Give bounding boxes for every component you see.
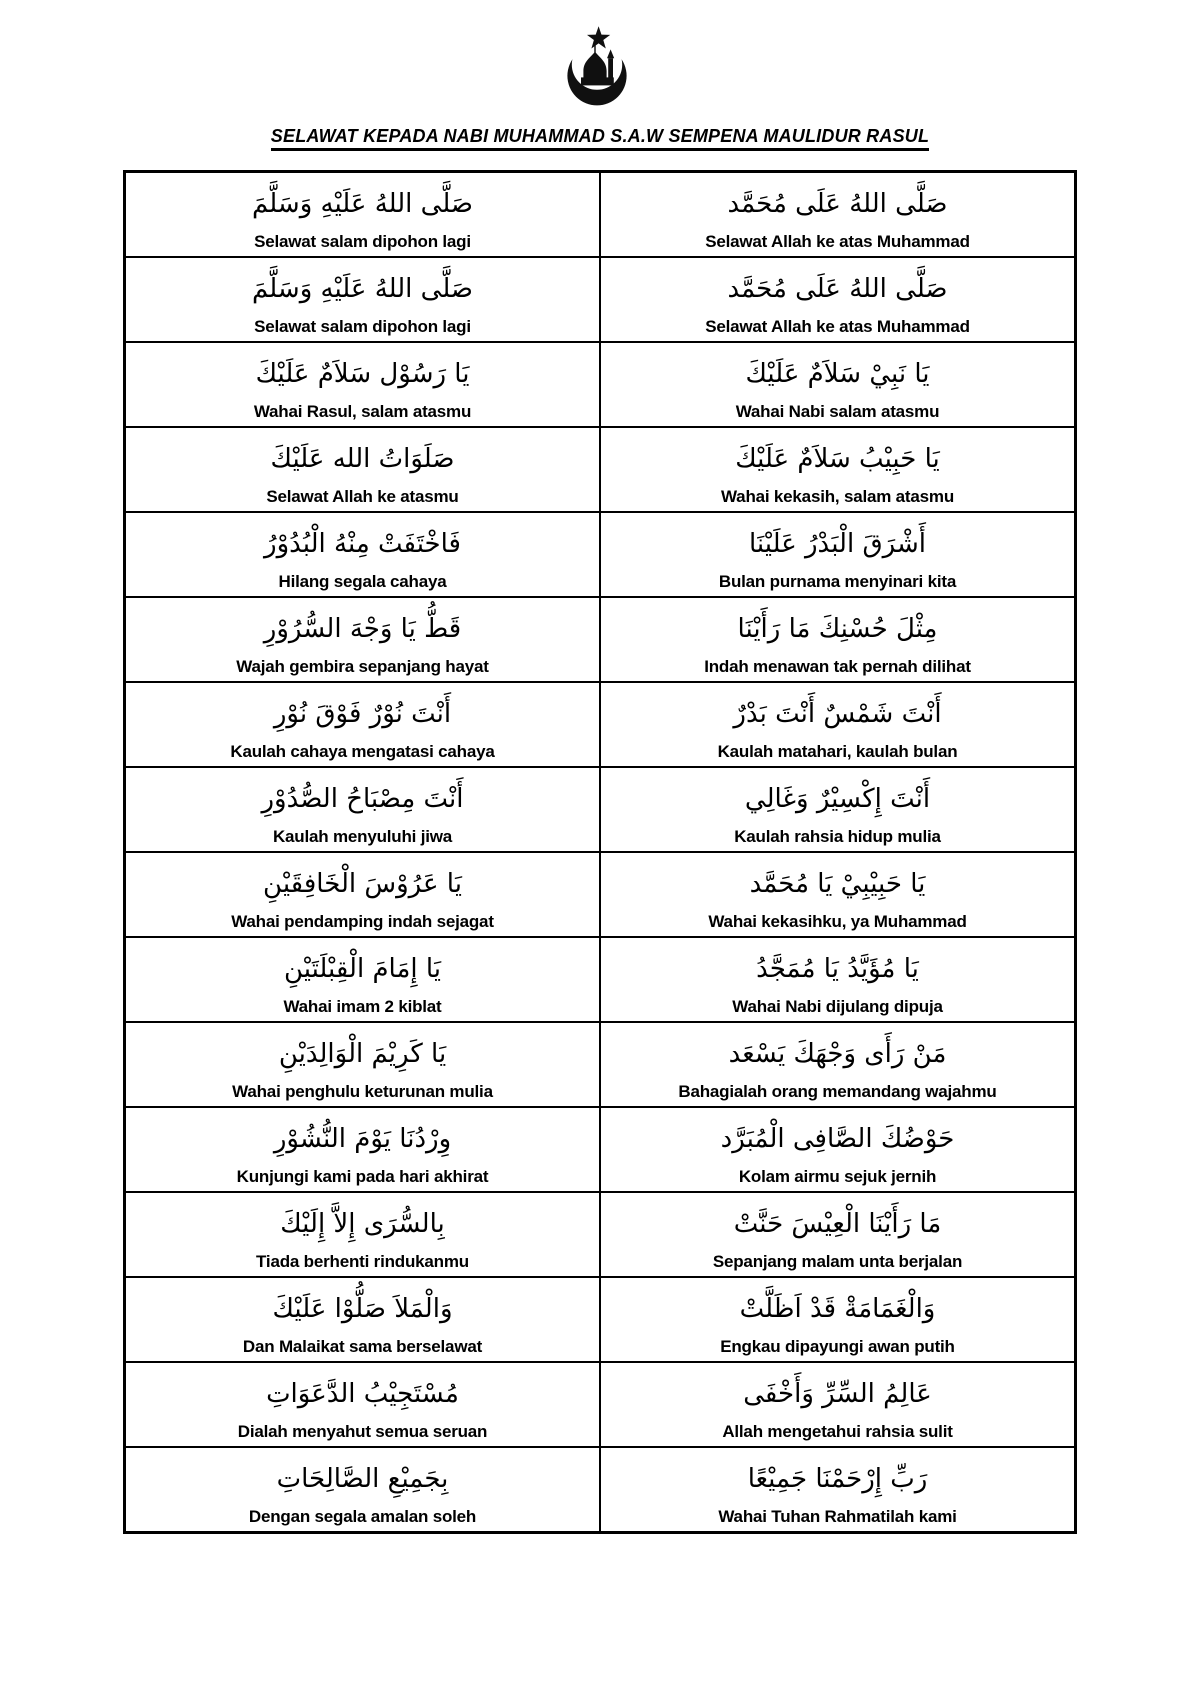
arabic-verse: يَا مُؤَيَّدُ يَا مُمَجَّدُ: [601, 938, 1074, 997]
table-cell: حَوْضُكَ الصَّافِى الْمُبَرَّد Kolam air…: [600, 1107, 1076, 1192]
crescent-star-mosque-logo: [557, 24, 637, 110]
arabic-verse: حَوْضُكَ الصَّافِى الْمُبَرَّد: [601, 1108, 1074, 1167]
table-cell: أَنْتَ مِصْبَاحُ الصُّدُوْرِ Kaulah meny…: [125, 767, 601, 852]
arabic-verse: صَلَّى اللهُ عَلَيْهِ وَسَلَّمَ: [126, 258, 599, 317]
table-cell: يَا نَبِيْ سَلاَمٌ عَلَيْكَ Wahai Nabi s…: [600, 342, 1076, 427]
table-cell: أَنْتَ نُوْرٌ فَوْقَ نُوْرِ Kaulah cahay…: [125, 682, 601, 767]
arabic-verse: أَنْتَ إِكْسِيْرٌ وَغَالِي: [601, 768, 1074, 827]
table-cell: أَنْتَ إِكْسِيْرٌ وَغَالِي Kaulah rahsia…: [600, 767, 1076, 852]
table-cell: أَشْرَقَ الْبَدْرُ عَلَيْنَا Bulan purna…: [600, 512, 1076, 597]
arabic-verse: صَلَوَاتُ الله عَلَيْكَ: [126, 428, 599, 487]
malay-translation: Wahai kekasihku, ya Muhammad: [601, 912, 1074, 936]
malay-translation: Kaulah matahari, kaulah bulan: [601, 742, 1074, 766]
arabic-verse: بِالسُّرَى إِلاَّ إِلَيْكَ: [126, 1193, 599, 1252]
arabic-verse: مُسْتَجِيْبُ الدَّعَوَاتِ: [126, 1363, 599, 1422]
table-cell: صَلَّى اللهُ عَلَى مُحَمَّد Selawat Alla…: [600, 257, 1076, 342]
table-cell: صَلَوَاتُ الله عَلَيْكَ Selawat Allah ke…: [125, 427, 601, 512]
selawat-table: صَلَّى اللهُ عَلَيْهِ وَسَلَّمَ Selawat …: [123, 170, 1077, 1534]
table-row: فَاخْتَفَتْ مِنْهُ الْبُدُوْرُ Hilang se…: [125, 512, 1076, 597]
table-row: صَلَّى اللهُ عَلَيْهِ وَسَلَّمَ Selawat …: [125, 257, 1076, 342]
malay-translation: Selawat salam dipohon lagi: [126, 232, 599, 256]
arabic-verse: عَالِمُ السِّرِّ وَأَخْفَى: [601, 1363, 1074, 1422]
table-cell: وِرْدُنَا يَوْمَ النُّشُوْرِ Kunjungi ka…: [125, 1107, 601, 1192]
malay-translation: Selawat salam dipohon lagi: [126, 317, 599, 341]
malay-translation: Kolam airmu sejuk jernih: [601, 1167, 1074, 1191]
table-row: بِجَمِيْعِ الصَّالِحَاتِ Dengan segala a…: [125, 1447, 1076, 1533]
malay-translation: Bahagialah orang memandang wajahmu: [601, 1082, 1074, 1106]
arabic-verse: مِثْلَ حُسْنِكَ مَا رَأَيْنَا: [601, 598, 1074, 657]
table-cell: يَا رَسُوْل سَلاَمٌ عَلَيْكَ Wahai Rasul…: [125, 342, 601, 427]
arabic-verse: فَاخْتَفَتْ مِنْهُ الْبُدُوْرُ: [126, 513, 599, 572]
arabic-verse: أَنْتَ مِصْبَاحُ الصُّدُوْرِ: [126, 768, 599, 827]
table-cell: مِثْلَ حُسْنِكَ مَا رَأَيْنَا Indah mena…: [600, 597, 1076, 682]
malay-translation: Wahai penghulu keturunan mulia: [126, 1082, 599, 1106]
malay-translation: Kaulah rahsia hidup mulia: [601, 827, 1074, 851]
table-row: صَلَّى اللهُ عَلَيْهِ وَسَلَّمَ Selawat …: [125, 172, 1076, 258]
table-cell: مُسْتَجِيْبُ الدَّعَوَاتِ Dialah menyahu…: [125, 1362, 601, 1447]
malay-translation: Wahai kekasih, salam atasmu: [601, 487, 1074, 511]
malay-translation: Kaulah cahaya mengatasi cahaya: [126, 742, 599, 766]
crescent-star-mosque-icon: [557, 24, 637, 110]
title-row: SELAWAT KEPADA NABI MUHAMMAD S.A.W SEMPE…: [0, 126, 1200, 151]
arabic-verse: صَلَّى اللهُ عَلَى مُحَمَّد: [601, 258, 1074, 317]
arabic-verse: أَشْرَقَ الْبَدْرُ عَلَيْنَا: [601, 513, 1074, 572]
arabic-verse: رَبِّ إِرْحَمْنَا جَمِيْعًا: [601, 1448, 1074, 1507]
table-row: وِرْدُنَا يَوْمَ النُّشُوْرِ Kunjungi ka…: [125, 1107, 1076, 1192]
table-row: يَا رَسُوْل سَلاَمٌ عَلَيْكَ Wahai Rasul…: [125, 342, 1076, 427]
table-cell: وَالْغَمَامَةْ قَدْ اَظَلَّتْ Engkau dip…: [600, 1277, 1076, 1362]
table-cell: عَالِمُ السِّرِّ وَأَخْفَى Allah mengeta…: [600, 1362, 1076, 1447]
malay-translation: Kunjungi kami pada hari akhirat: [126, 1167, 599, 1191]
arabic-verse: يَا إِمَامَ الْقِبْلَتَيْنِ: [126, 938, 599, 997]
table-cell: أَنْتَ شَمْسٌ أَنْتَ بَدْرٌ Kaulah matah…: [600, 682, 1076, 767]
arabic-verse: صَلَّى اللهُ عَلَى مُحَمَّد: [601, 173, 1074, 232]
arabic-verse: مَنْ رَأَى وَجْهَكَ يَسْعَد: [601, 1023, 1074, 1082]
malay-translation: Tiada berhenti rindukanmu: [126, 1252, 599, 1276]
arabic-verse: يَا حَبِيْبُ سَلاَمٌ عَلَيْكَ: [601, 428, 1074, 487]
table-row: مُسْتَجِيْبُ الدَّعَوَاتِ Dialah menyahu…: [125, 1362, 1076, 1447]
malay-translation: Dan Malaikat sama berselawat: [126, 1337, 599, 1361]
arabic-verse: صَلَّى اللهُ عَلَيْهِ وَسَلَّمَ: [126, 173, 599, 232]
arabic-verse: يَا عَرُوْسَ الْخَافِقَيْنِ: [126, 853, 599, 912]
arabic-verse: يَا حَبِيْبِيْ يَا مُحَمَّد: [601, 853, 1074, 912]
malay-translation: Wahai Nabi salam atasmu: [601, 402, 1074, 426]
malay-translation: Wajah gembira sepanjang hayat: [126, 657, 599, 681]
table-row: قَطُّ يَا وَجْهَ السُّرُوْرِ Wajah gembi…: [125, 597, 1076, 682]
table-cell: يَا مُؤَيَّدُ يَا مُمَجَّدُ Wahai Nabi d…: [600, 937, 1076, 1022]
table-cell: يَا عَرُوْسَ الْخَافِقَيْنِ Wahai pendam…: [125, 852, 601, 937]
malay-translation: Selawat Allah ke atasmu: [126, 487, 599, 511]
table-cell: بِالسُّرَى إِلاَّ إِلَيْكَ Tiada berhent…: [125, 1192, 601, 1277]
table-row: أَنْتَ نُوْرٌ فَوْقَ نُوْرِ Kaulah cahay…: [125, 682, 1076, 767]
malay-translation: Wahai imam 2 kiblat: [126, 997, 599, 1021]
table-cell: وَالْمَلاَ صَلُّوْا عَلَيْكَ Dan Malaika…: [125, 1277, 601, 1362]
table-cell: صَلَّى اللهُ عَلَى مُحَمَّد Selawat Alla…: [600, 172, 1076, 258]
malay-translation: Selawat Allah ke atas Muhammad: [601, 317, 1074, 341]
table-row: أَنْتَ مِصْبَاحُ الصُّدُوْرِ Kaulah meny…: [125, 767, 1076, 852]
malay-translation: Dengan segala amalan soleh: [126, 1507, 599, 1531]
table-row: صَلَوَاتُ الله عَلَيْكَ Selawat Allah ke…: [125, 427, 1076, 512]
malay-translation: Indah menawan tak pernah dilihat: [601, 657, 1074, 681]
table-cell: قَطُّ يَا وَجْهَ السُّرُوْرِ Wajah gembi…: [125, 597, 601, 682]
table-cell: مَا رَأَيْنَا الْعِيْسَ حَنَّتْ Sepanjan…: [600, 1192, 1076, 1277]
malay-translation: Selawat Allah ke atas Muhammad: [601, 232, 1074, 256]
arabic-verse: يَا نَبِيْ سَلاَمٌ عَلَيْكَ: [601, 343, 1074, 402]
table-row: بِالسُّرَى إِلاَّ إِلَيْكَ Tiada berhent…: [125, 1192, 1076, 1277]
malay-translation: Wahai Nabi dijulang dipuja: [601, 997, 1074, 1021]
table-cell: يَا إِمَامَ الْقِبْلَتَيْنِ Wahai imam 2…: [125, 937, 601, 1022]
arabic-verse: وَالْمَلاَ صَلُّوْا عَلَيْكَ: [126, 1278, 599, 1337]
malay-translation: Engkau dipayungi awan putih: [601, 1337, 1074, 1361]
table-row: يَا إِمَامَ الْقِبْلَتَيْنِ Wahai imam 2…: [125, 937, 1076, 1022]
malay-translation: Wahai Tuhan Rahmatilah kami: [601, 1507, 1074, 1531]
arabic-verse: مَا رَأَيْنَا الْعِيْسَ حَنَّتْ: [601, 1193, 1074, 1252]
table-cell: مَنْ رَأَى وَجْهَكَ يَسْعَد Bahagialah o…: [600, 1022, 1076, 1107]
arabic-verse: أَنْتَ نُوْرٌ فَوْقَ نُوْرِ: [126, 683, 599, 742]
malay-translation: Bulan purnama menyinari kita: [601, 572, 1074, 596]
table-cell: رَبِّ إِرْحَمْنَا جَمِيْعًا Wahai Tuhan …: [600, 1447, 1076, 1533]
arabic-verse: وَالْغَمَامَةْ قَدْ اَظَلَّتْ: [601, 1278, 1074, 1337]
malay-translation: Wahai pendamping indah sejagat: [126, 912, 599, 936]
table-cell: يَا كَرِيْمَ الْوَالِدَيْنِ Wahai penghu…: [125, 1022, 601, 1107]
table-cell: صَلَّى اللهُ عَلَيْهِ وَسَلَّمَ Selawat …: [125, 257, 601, 342]
malay-translation: Dialah menyahut semua seruan: [126, 1422, 599, 1446]
table-cell: يَا حَبِيْبُ سَلاَمٌ عَلَيْكَ Wahai keka…: [600, 427, 1076, 512]
malay-translation: Sepanjang malam unta berjalan: [601, 1252, 1074, 1276]
arabic-verse: وِرْدُنَا يَوْمَ النُّشُوْرِ: [126, 1108, 599, 1167]
malay-translation: Allah mengetahui rahsia sulit: [601, 1422, 1074, 1446]
arabic-verse: أَنْتَ شَمْسٌ أَنْتَ بَدْرٌ: [601, 683, 1074, 742]
table-row: يَا عَرُوْسَ الْخَافِقَيْنِ Wahai pendam…: [125, 852, 1076, 937]
page-title: SELAWAT KEPADA NABI MUHAMMAD S.A.W SEMPE…: [271, 126, 929, 151]
arabic-verse: يَا رَسُوْل سَلاَمٌ عَلَيْكَ: [126, 343, 599, 402]
malay-translation: Wahai Rasul, salam atasmu: [126, 402, 599, 426]
table-row: يَا كَرِيْمَ الْوَالِدَيْنِ Wahai penghu…: [125, 1022, 1076, 1107]
table-cell: يَا حَبِيْبِيْ يَا مُحَمَّد Wahai kekasi…: [600, 852, 1076, 937]
document-page: SELAWAT KEPADA NABI MUHAMMAD S.A.W SEMPE…: [0, 0, 1200, 1698]
table-cell: بِجَمِيْعِ الصَّالِحَاتِ Dengan segala a…: [125, 1447, 601, 1533]
malay-translation: Kaulah menyuluhi jiwa: [126, 827, 599, 851]
arabic-verse: يَا كَرِيْمَ الْوَالِدَيْنِ: [126, 1023, 599, 1082]
arabic-verse: قَطُّ يَا وَجْهَ السُّرُوْرِ: [126, 598, 599, 657]
malay-translation: Hilang segala cahaya: [126, 572, 599, 596]
arabic-verse: بِجَمِيْعِ الصَّالِحَاتِ: [126, 1448, 599, 1507]
table-cell: صَلَّى اللهُ عَلَيْهِ وَسَلَّمَ Selawat …: [125, 172, 601, 258]
table-cell: فَاخْتَفَتْ مِنْهُ الْبُدُوْرُ Hilang se…: [125, 512, 601, 597]
table-row: وَالْمَلاَ صَلُّوْا عَلَيْكَ Dan Malaika…: [125, 1277, 1076, 1362]
